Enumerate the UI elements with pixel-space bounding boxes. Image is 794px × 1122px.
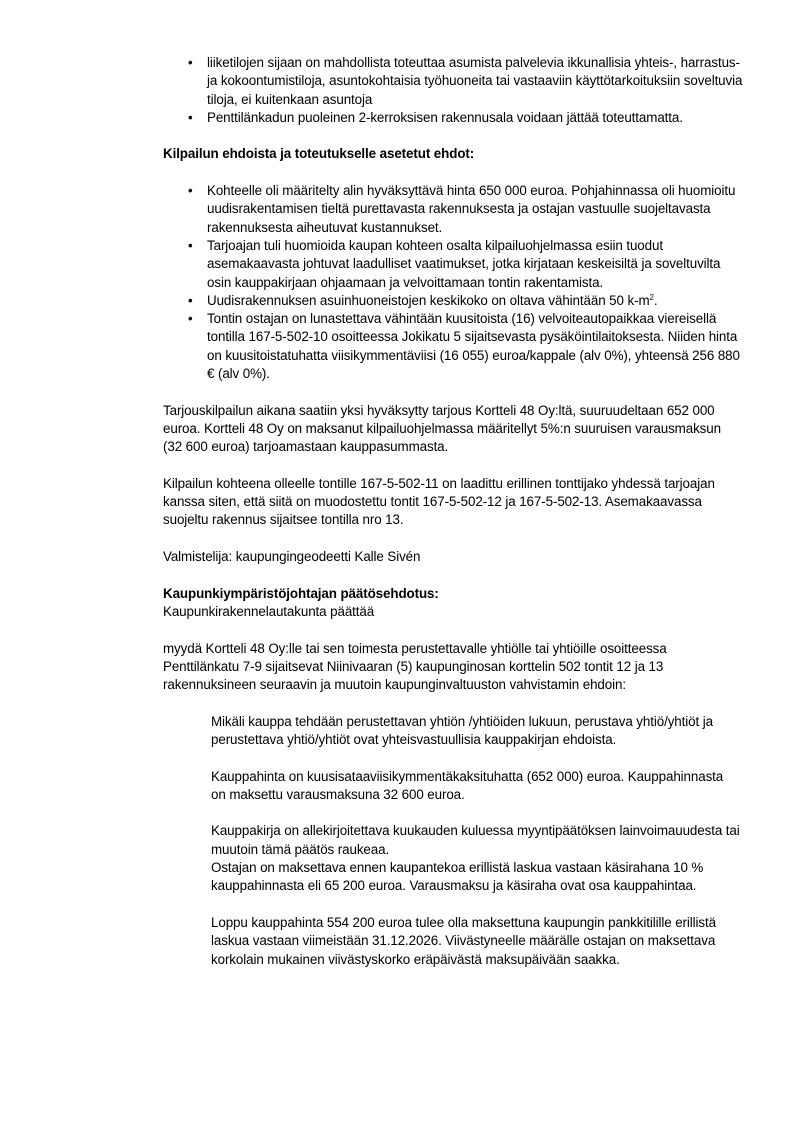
list-item: •Tontin ostajan on lunastettava vähintää… [163, 310, 743, 383]
terms-block: Mikäli kauppa tehdään perustettavan yhti… [163, 713, 741, 969]
term-paragraph: Kauppakirja on allekirjoitettava kuukaud… [211, 822, 741, 859]
bullet-icon: • [188, 237, 193, 255]
preparer-line: Valmistelija: kaupungingeodeetti Kalle S… [163, 548, 743, 566]
conditions-bullet-list: •Kohteelle oli määritelty alin hyväksytt… [163, 182, 743, 383]
term-paragraph: Ostajan on maksettava ennen kaupantekoa … [211, 859, 741, 896]
list-item: •Uudisrakennuksen asuinhuoneistojen kesk… [163, 292, 743, 310]
intro-bullet-list: •liiketilojen sijaan on mahdollista tote… [163, 54, 743, 127]
term-paragraph: Mikäli kauppa tehdään perustettavan yhti… [211, 713, 741, 750]
plot-paragraph: Kilpailun kohteena olleelle tontille 167… [163, 475, 743, 530]
bullet-icon: • [188, 109, 193, 127]
list-item: •Kohteelle oli määritelty alin hyväksytt… [163, 182, 743, 237]
bullet-icon: • [188, 54, 193, 72]
bullet-icon: • [188, 182, 193, 200]
bullet-icon: • [188, 292, 193, 310]
decision-paragraph: myydä Kortteli 48 Oy:lle tai sen toimest… [163, 640, 743, 695]
offer-paragraph: Tarjouskilpailun aikana saatiin yksi hyv… [163, 402, 743, 457]
proposal-heading: Kaupunkiympäristöjohtajan päätösehdotus: [163, 585, 743, 603]
list-item: •Tarjoajan tuli huomioida kaupan kohteen… [163, 237, 743, 292]
conditions-heading: Kilpailun ehdoista ja toteutukselle aset… [163, 145, 743, 163]
list-item: •liiketilojen sijaan on mahdollista tote… [163, 54, 743, 109]
document-page: •liiketilojen sijaan on mahdollista tote… [163, 54, 743, 969]
term-paragraph: Kauppahinta on kuusisataaviisikymmentäka… [211, 768, 741, 805]
list-item: •Penttilänkadun puoleinen 2-kerroksisen … [163, 109, 743, 127]
term-paragraph: Loppu kauppahinta 554 200 euroa tulee ol… [211, 914, 741, 969]
decider-line: Kaupunkirakennelautakunta päättää [163, 603, 743, 621]
bullet-icon: • [188, 310, 193, 328]
